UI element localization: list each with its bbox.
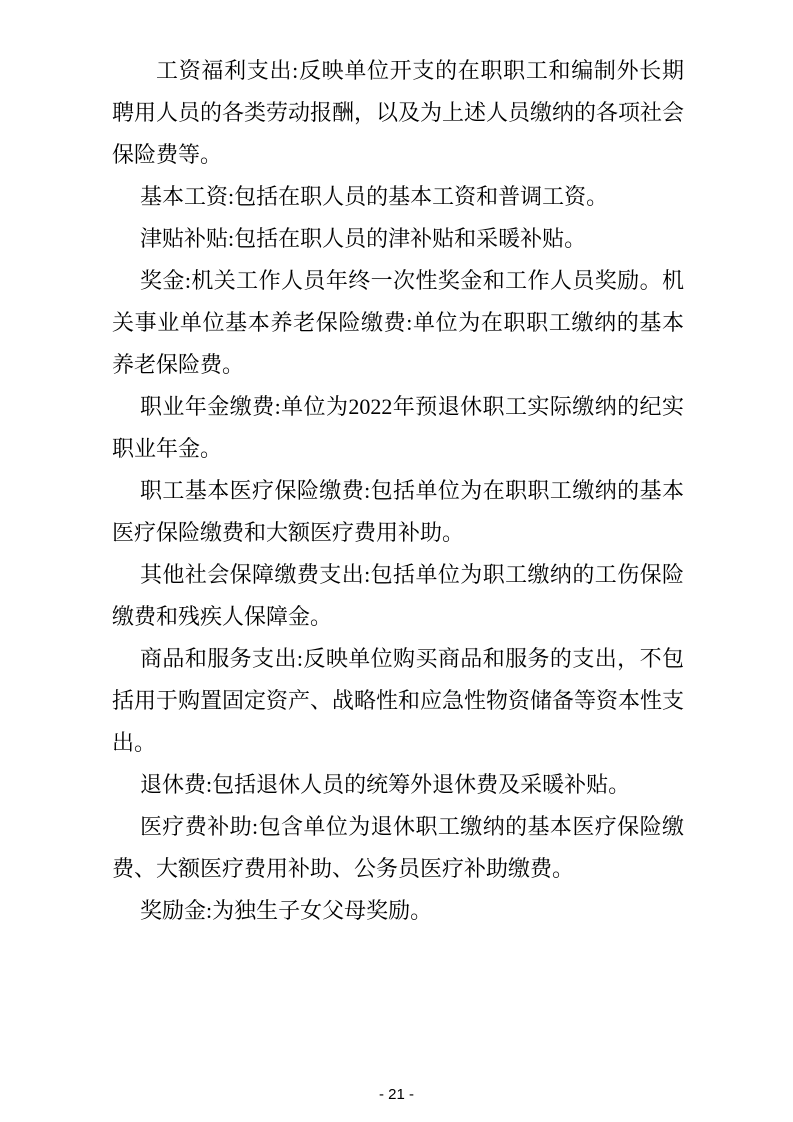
paragraph: 医疗费补助:包含单位为退休职工缴纳的基本医疗保险缴费、大额医疗费用补助、公务员医…: [112, 806, 684, 890]
paragraph: 基本工资:包括在职人员的基本工资和普调工资。: [112, 176, 684, 218]
page-number: - 21 -: [0, 1086, 793, 1103]
paragraph: 商品和服务支出:反映单位购买商品和服务的支出，不包括用于购置固定资产、战略性和应…: [112, 638, 684, 764]
paragraph: 奖金:机关工作人员年终一次性奖金和工作人员奖励。机关事业单位基本养老保险缴费:单…: [112, 260, 684, 386]
paragraph: 奖励金:为独生子女父母奖励。: [112, 890, 684, 932]
paragraph: 职工基本医疗保险缴费:包括单位为在职职工缴纳的基本医疗保险缴费和大额医疗费用补助…: [112, 470, 684, 554]
paragraph: 退休费:包括退休人员的统筹外退休费及采暖补贴。: [112, 764, 684, 806]
paragraph: 职业年金缴费:单位为2022年预退休职工实际缴纳的纪实职业年金。: [112, 386, 684, 470]
paragraph: 其他社会保障缴费支出:包括单位为职工缴纳的工伤保险缴费和残疾人保障金。: [112, 554, 684, 638]
document-page: 工资福利支出:反映单位开支的在职职工和编制外长期聘用人员的各类劳动报酬，以及为上…: [0, 0, 793, 1122]
document-body: 工资福利支出:反映单位开支的在职职工和编制外长期聘用人员的各类劳动报酬，以及为上…: [112, 50, 684, 932]
paragraph: 津贴补贴:包括在职人员的津补贴和采暖补贴。: [112, 218, 684, 260]
paragraph: 工资福利支出:反映单位开支的在职职工和编制外长期聘用人员的各类劳动报酬，以及为上…: [112, 50, 684, 176]
